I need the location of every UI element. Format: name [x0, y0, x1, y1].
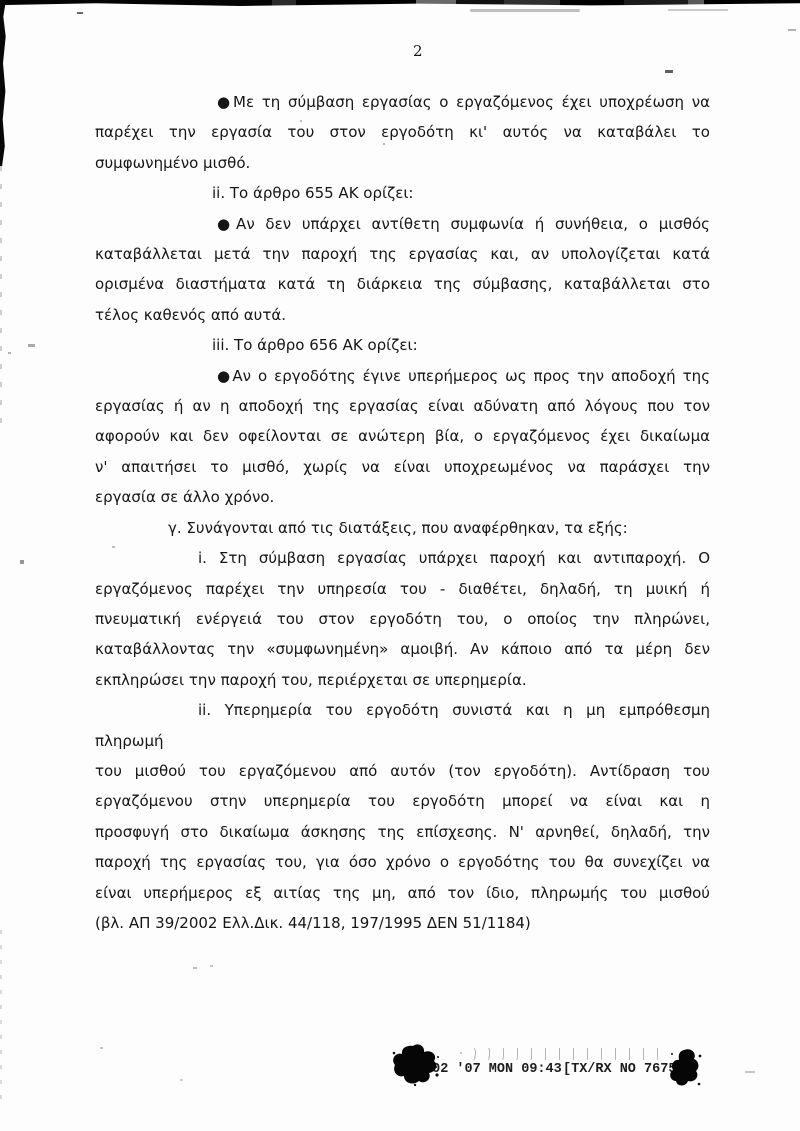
- scan-noise: [100, 1047, 103, 1049]
- text-line: αφορούν και δεν οφείλονται σε ανώτερη βί…: [95, 421, 710, 451]
- fax-txrx-number: [TX/RX NO 7675]: [563, 1062, 685, 1077]
- text-line: εκπληρώσει την παροχή του, περιέρχεται σ…: [95, 665, 710, 695]
- text-line: είναι υπερήμερος εξ αιτίας της μη, από τ…: [95, 878, 710, 908]
- text-line: ●Με τη σύμβαση εργασίας ο εργαζόμενος έχ…: [95, 87, 710, 117]
- text-line: τέλος καθενός από αυτά.: [95, 300, 710, 330]
- text-line: ●Αν ο εργοδότης έγινε υπερήμερος ως προς…: [95, 361, 710, 391]
- text-line: παρέχει την εργασία του στον εργοδότη κι…: [95, 117, 710, 147]
- text-line: πνευματική ενέργειά του στον εργοδότη το…: [95, 604, 710, 634]
- text-line: καταβάλλοντας την «συμφωνημένη» αμοιβή. …: [95, 634, 710, 664]
- scan-speckles: [455, 1048, 670, 1060]
- heading: iii. Το άρθρο 656 ΑΚ ορίζει:: [95, 330, 710, 360]
- scan-noise: [300, 120, 302, 122]
- text-line: εργαζόμενος παρέχει την υπηρεσία του - δ…: [95, 574, 710, 604]
- text-line: συμφωνημένο μισθό.: [95, 148, 710, 178]
- heading: ii. Το άρθρο 655 ΑΚ ορίζει:: [95, 178, 710, 208]
- paragraph: i. Στη σύμβαση εργασίας υπάρχει παροχή κ…: [95, 543, 710, 695]
- text-line: γ. Συνάγονται από τις διατάξεις, που ανα…: [95, 513, 710, 543]
- text-line: iii. Το άρθρο 656 ΑΚ ορίζει:: [95, 330, 710, 360]
- text-line: ii. Το άρθρο 655 ΑΚ ορίζει:: [95, 178, 710, 208]
- scan-edge-left: [0, 0, 6, 166]
- text-line: ii. Υπερημερία του εργοδότη συνιστά και …: [95, 695, 710, 756]
- scan-noise: [77, 12, 83, 14]
- scan-noise: [193, 967, 197, 969]
- scan-noise: [8, 352, 11, 354]
- text-line: προσφυγή στο δικαίωμα άσκησης της επίσχε…: [95, 817, 710, 847]
- text-line: ορισμένα διαστήματα κατά τη διάρκεια της…: [95, 269, 710, 299]
- scan-edge-top: [0, 0, 800, 6]
- scan-noise: [248, 828, 253, 830]
- ink-blot-icon: [391, 1043, 441, 1087]
- text-line: του μισθού του εργαζόμενου από αυτόν (το…: [95, 756, 710, 786]
- scan-noise: [383, 143, 385, 145]
- text-line: ν' απαιτήσει το μισθό, χωρίς να είναι υπ…: [95, 452, 710, 482]
- paragraph: ●Με τη σύμβαση εργασίας ο εργαζόμενος έχ…: [95, 87, 710, 178]
- text-line: (βλ. ΑΠ 39/2002 Ελλ.Δικ. 44/118, 197/199…: [95, 908, 710, 938]
- scan-edge-left-faint: [0, 166, 2, 436]
- heading: γ. Συνάγονται από τις διατάξεις, που ανα…: [95, 513, 710, 543]
- text-line: εργασία σε άλλο χρόνο.: [95, 482, 710, 512]
- fax-timestamp: /02 '07 MON 09:43: [424, 1062, 562, 1077]
- scan-noise: [745, 1071, 755, 1073]
- page-number: 2: [413, 44, 423, 59]
- scan-noise: [112, 546, 115, 548]
- text-line: εργασίας ή αν η αποδοχή της εργασίας είν…: [95, 391, 710, 421]
- scan-noise: [180, 1079, 183, 1081]
- paragraph: ●Αν ο εργοδότης έγινε υπερήμερος ως προς…: [95, 361, 710, 513]
- text-line: καταβάλλεται μετά την παροχή της εργασία…: [95, 239, 710, 269]
- scan-noise: [665, 70, 673, 73]
- scan-noise: [28, 344, 35, 347]
- text-line: παροχή της εργασίας του, για όσο χρόνο ο…: [95, 847, 710, 877]
- text-line: εργαζόμενου στην υπερημερία του εργοδότη…: [95, 786, 710, 816]
- scan-noise: [210, 965, 213, 967]
- paragraph: ●Αν δεν υπάρχει αντίθετη συμφωνία ή συνή…: [95, 209, 710, 331]
- scanned-fax-page: 2 ●Με τη σύμβαση εργασίας ο εργαζόμενος …: [0, 0, 800, 1131]
- scan-noise: [20, 560, 24, 564]
- scan-smudge: [668, 9, 728, 11]
- text-line: ●Αν δεν υπάρχει αντίθετη συμφωνία ή συνή…: [95, 209, 710, 239]
- paragraph: ii. Υπερημερία του εργοδότη συνιστά και …: [95, 695, 710, 938]
- scan-noise: [788, 29, 796, 31]
- text-line: i. Στη σύμβαση εργασίας υπάρχει παροχή κ…: [95, 543, 710, 573]
- ink-blot-icon: [669, 1048, 703, 1088]
- fax-footer: /02 '07 MON 09:43 [TX/RX NO 7675]: [0, 1040, 800, 1100]
- document-body: ●Με τη σύμβαση εργασίας ο εργαζόμενος έχ…: [95, 87, 710, 938]
- scan-smudge: [470, 9, 580, 12]
